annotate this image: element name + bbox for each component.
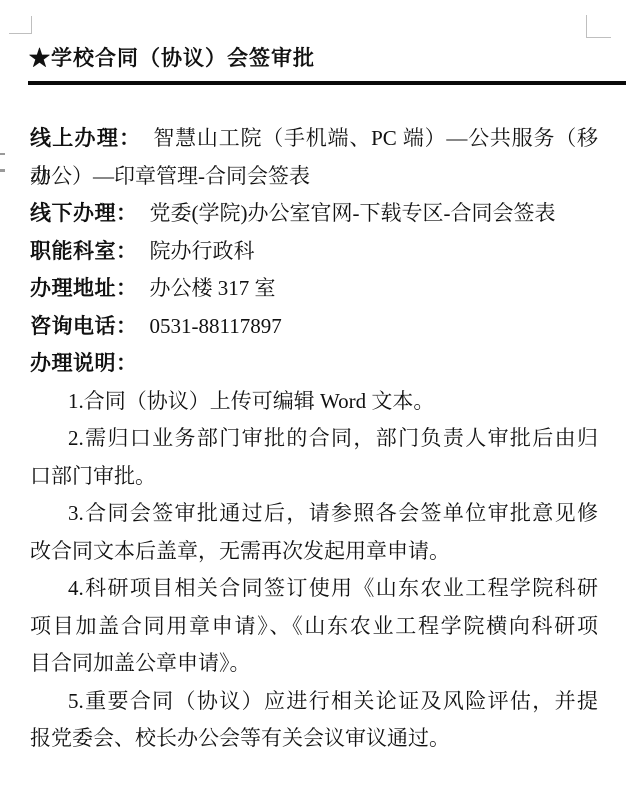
paragraph-text: 1.合同（协议）上传可编辑 Word 文本。 — [68, 389, 434, 413]
left-edge-artifact — [0, 153, 5, 155]
field-value: 办公楼 317 室 — [150, 276, 276, 300]
field-label: 办理说明： — [30, 351, 138, 375]
paragraph-text: 项目加盖合同用章申请》、《山东农业工程学院横向科研项 — [30, 614, 598, 638]
field-phone-line: 咨询电话：0531-88117897 — [30, 308, 598, 346]
paragraph-line-1: 1.合同（协议）上传可编辑 Word 文本。 — [30, 383, 598, 421]
paragraph-text: 口部门审批。 — [30, 464, 156, 488]
field-label: 线下办理： — [30, 201, 138, 225]
crop-mark-top-left — [31, 16, 32, 34]
field-label: 咨询电话： — [30, 314, 138, 338]
crop-mark-top-right — [586, 15, 587, 38]
document-body: 线上办理：智慧山工院（手机端、PC 端）—公共服务（移动 办公）—印章管理-合同… — [30, 120, 598, 758]
paragraph-text: 2.需归口业务部门审批的合同，部门负责人审批后由归 — [68, 426, 598, 450]
paragraph-line-2a: 2.需归口业务部门审批的合同，部门负责人审批后由归 — [30, 420, 598, 458]
paragraph-line-5a: 5.重要合同（协议）应进行相关论证及风险评估，并提 — [30, 683, 598, 721]
paragraph-line-4b: 项目加盖合同用章申请》、《山东农业工程学院横向科研项 — [30, 608, 598, 646]
paragraph-line-3b: 改合同文本后盖章，无需再次发起用章申请。 — [30, 533, 598, 571]
field-label: 职能科室： — [30, 239, 138, 263]
paragraph-line-5b: 报党委会、校长办公会等有关会议审议通过。 — [30, 720, 598, 758]
field-value: 办公）—印章管理-合同会签表 — [30, 164, 310, 188]
field-office-line: 职能科室：院办行政科 — [30, 233, 598, 271]
paragraph-line-4c: 目合同加盖公章申请》。 — [30, 645, 598, 683]
paragraph-line-3a: 3.合同会签审批通过后，请参照各会签单位审批意见修 — [30, 495, 598, 533]
document-page: ★学校合同（协议）会签审批 线上办理：智慧山工院（手机端、PC 端）—公共服务（… — [0, 0, 629, 804]
field-offline-line: 线下办理：党委(学院)办公室官网-下载专区-合同会签表 — [30, 195, 598, 233]
field-online-line-2: 办公）—印章管理-合同会签表 — [30, 158, 598, 196]
field-value: 党委(学院)办公室官网-下载专区-合同会签表 — [150, 201, 556, 225]
left-edge-artifact — [0, 169, 5, 172]
paragraph-text: 5.重要合同（协议）应进行相关论证及风险评估，并提 — [68, 689, 598, 713]
paragraph-line-2b: 口部门审批。 — [30, 458, 598, 496]
phone-number: 0531-88117897 — [150, 314, 282, 338]
paragraph-text: 3.合同会签审批通过后，请参照各会签单位审批意见修 — [68, 501, 598, 525]
field-notes-label-line: 办理说明： — [30, 345, 598, 383]
paragraph-text: 目合同加盖公章申请》。 — [30, 651, 251, 675]
page-title: ★学校合同（协议）会签审批 — [29, 42, 599, 74]
field-value: 院办行政科 — [150, 239, 255, 263]
paragraph-text: 报党委会、校长办公会等有关会议审议通过。 — [30, 726, 450, 750]
field-online-line-1: 线上办理：智慧山工院（手机端、PC 端）—公共服务（移动 — [30, 120, 598, 158]
field-label: 线上办理： — [30, 126, 141, 150]
field-label: 办理地址： — [30, 276, 138, 300]
field-address-line: 办理地址：办公楼 317 室 — [30, 270, 598, 308]
paragraph-text: 4.科研项目相关合同签订使用《山东农业工程学院科研 — [68, 576, 598, 600]
paragraph-line-4a: 4.科研项目相关合同签订使用《山东农业工程学院科研 — [30, 570, 598, 608]
crop-mark-top-left — [9, 33, 32, 34]
title-underline-rule — [28, 81, 626, 85]
paragraph-text: 改合同文本后盖章，无需再次发起用章申请。 — [30, 539, 450, 563]
crop-mark-top-right — [586, 37, 611, 38]
